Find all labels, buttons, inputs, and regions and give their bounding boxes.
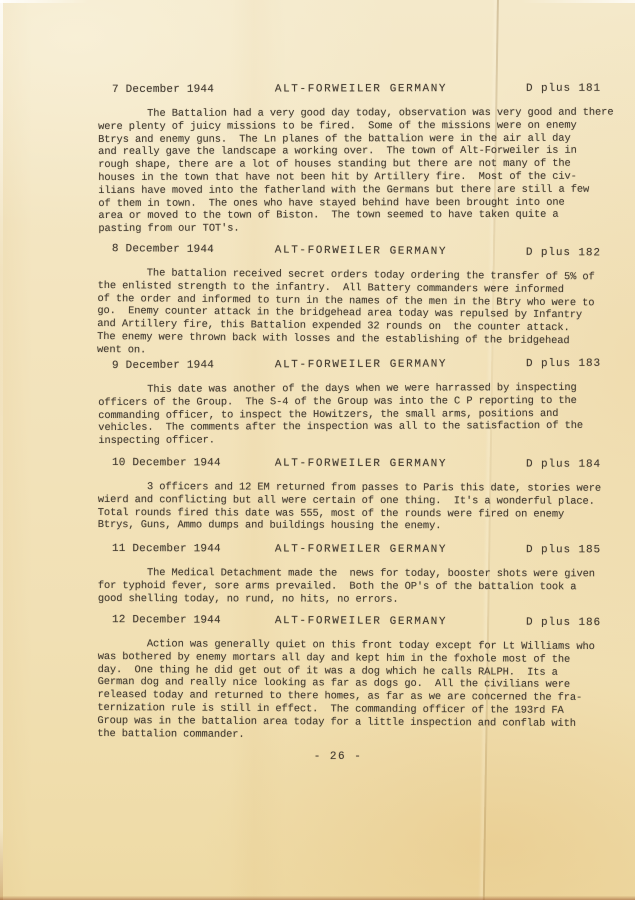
entry-body: This date was another of the days when w… [98, 382, 624, 448]
entry-dplus: D plus 183 [526, 358, 601, 370]
entry-heading: 8 December 1944 ALT-FORWEILER GERMANY D … [98, 243, 624, 264]
diary-entry-11-dec: 11 December 1944 ALT-FORWEILER GERMANY D… [98, 543, 624, 607]
entry-dplus: D plus 185 [526, 544, 601, 556]
entry-body: The battalion received secret orders tod… [97, 267, 624, 361]
diary-entry-12-dec: 12 December 1944 ALT-FORWEILER GERMANY D… [97, 614, 624, 744]
scanned-document-page: 7 December 1944 ALT-FORWEILER GERMANY D … [0, 0, 635, 900]
entry-dplus: D plus 181 [526, 83, 601, 95]
entry-body: 3 officers and 12 EM returned from passe… [98, 481, 624, 534]
diary-entry-7-dec: 7 December 1944 ALT-FORWEILER GERMANY D … [98, 83, 624, 236]
entry-dplus: D plus 184 [526, 458, 601, 470]
document-content: 7 December 1944 ALT-FORWEILER GERMANY D … [0, 0, 635, 900]
entry-heading: 9 December 1944 ALT-FORWEILER GERMANY D … [98, 358, 624, 376]
diary-entry-8-dec: 8 December 1944 ALT-FORWEILER GERMANY D … [97, 243, 624, 361]
diary-entry-10-dec: 10 December 1944 ALT-FORWEILER GERMANY D… [98, 457, 624, 534]
entry-heading: 10 December 1944 ALT-FORWEILER GERMANY D… [98, 457, 624, 475]
entry-heading: 12 December 1944 ALT-FORWEILER GERMANY D… [98, 614, 624, 633]
entry-body: The Medical Detachment made the news for… [98, 567, 624, 607]
page-number: - 26 - [98, 751, 578, 763]
entry-dplus: D plus 186 [526, 617, 601, 629]
entry-dplus: D plus 182 [526, 247, 601, 260]
entry-body: Action was generally quiet on this front… [97, 638, 624, 744]
entry-heading: 11 December 1944 ALT-FORWEILER GERMANY D… [98, 543, 624, 560]
entry-heading: 7 December 1944 ALT-FORWEILER GERMANY D … [98, 83, 624, 100]
diary-entry-9-dec: 9 December 1944 ALT-FORWEILER GERMANY D … [98, 358, 624, 448]
entry-body: The Battalion had a very good day today,… [98, 107, 624, 236]
